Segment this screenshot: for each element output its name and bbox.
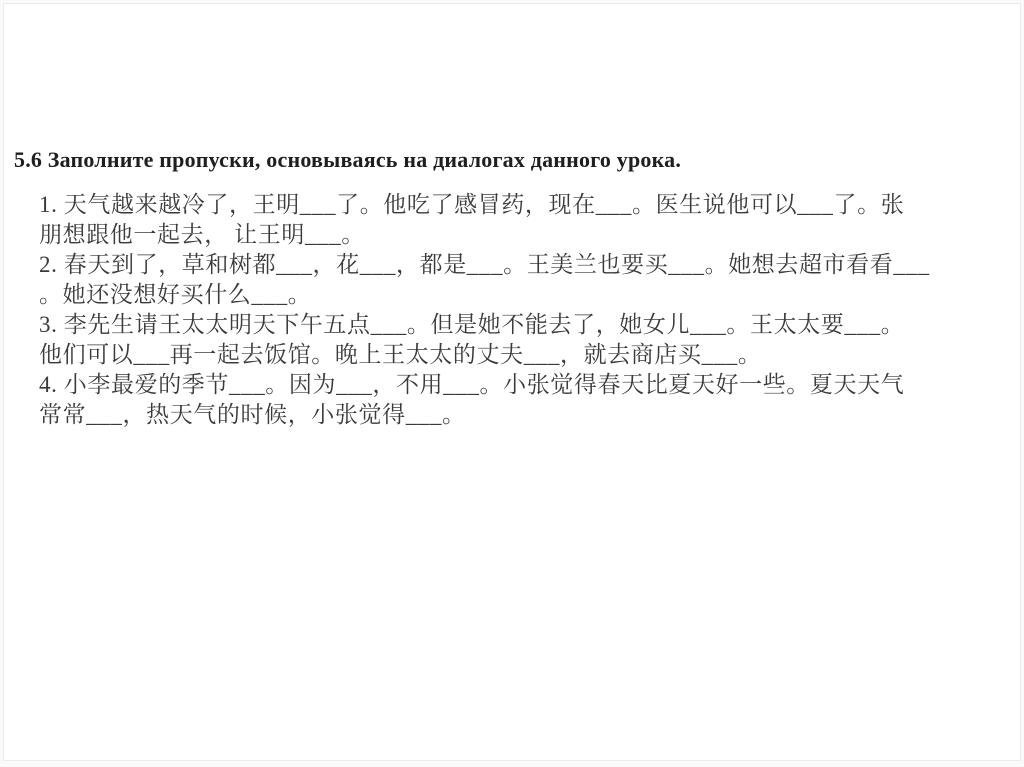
- text-line-item1-a: 1. 天气越来越冷了，王明___了。他吃了感冒药，现在___。医生说他可以___…: [39, 190, 1014, 220]
- text-line-item3-b: 他们可以___再一起去饭馆。晚上王太太的丈夫___，就去商店买___。: [39, 340, 1014, 370]
- text-line-item4-a: 4. 小李最爱的季节___。因为___，不用___。小张觉得春天比夏天好一些。夏…: [39, 370, 1014, 400]
- text-line-item2-a: 2. 春天到了，草和树都___，花___，都是___。王美兰也要买___。她想去…: [39, 250, 1014, 280]
- text-line-item2-b: 。她还没想好买什么___。: [39, 280, 1014, 310]
- text-line-item1-b: 朋想跟他一起去， 让王明___。: [39, 220, 1014, 250]
- document-page: 5.6 Заполните пропуски, основываясь на д…: [3, 3, 1021, 761]
- exercise-heading: 5.6 Заполните пропуски, основываясь на д…: [14, 147, 1004, 173]
- text-line-item4-b: 常常___，热天气的时候，小张觉得___。: [39, 400, 1014, 430]
- text-line-item3-a: 3. 李先生请王太太明天下午五点___。但是她不能去了，她女儿___。王太太要_…: [39, 310, 1014, 340]
- exercise-body: 1. 天气越来越冷了，王明___了。他吃了感冒药，现在___。医生说他可以___…: [39, 190, 1014, 430]
